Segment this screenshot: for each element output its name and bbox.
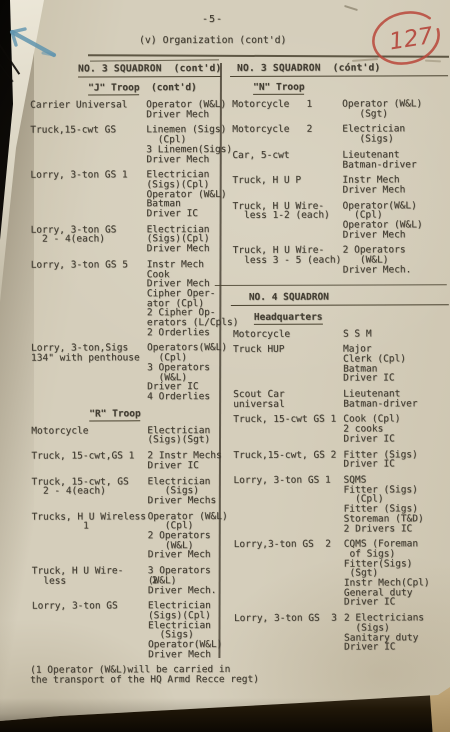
vehicle-name: Lorry, 3-ton GS 5 <box>31 260 147 270</box>
pencil-smudge <box>344 5 358 11</box>
table-row: Truck,15-cwt, GS 2Fitter (Sigs)Driver IC <box>231 450 449 470</box>
personnel-line: (Sigs) <box>342 134 448 144</box>
vehicle-cell: Carrier Universal <box>26 100 146 120</box>
table-row: Truck, 15-cwt GS 1Cook (Cpl)2 cooksDrive… <box>231 415 449 445</box>
vehicle-name: Lorry, 3-ton GS 1 <box>30 170 146 180</box>
vehicle-name: Motorcycle <box>233 329 343 339</box>
vehicle-cell: Truck, H U Wire- less 1-2 (each) <box>230 201 342 240</box>
table-row: Lorry,3-ton GS 2CQMS (Foreman of Sigs)Fi… <box>232 539 450 608</box>
vehicle-name: Car, 5-cwt <box>232 150 342 160</box>
personnel-line: Driver IC <box>147 461 221 471</box>
personnel-cell: Operators(W&L) (Cpl)3 Operators (W&L)Dri… <box>147 343 221 401</box>
personnel-line: 4 Orderlies <box>147 392 221 402</box>
personnel-cell: Electrician(Sigs)(Cpl)Operator (W&L)Batm… <box>146 170 220 219</box>
table-row: Truck, H U Wire- less 1-2 (each)Operator… <box>230 201 448 241</box>
personnel-line: Driver Mech <box>148 650 222 660</box>
vehicle-cell: Scout Caruniversal <box>231 390 343 410</box>
table-row: Trucks, H U Wireless 1Operator (W&L) (Cp… <box>28 512 222 561</box>
personnel-line: Driver IC <box>343 434 449 444</box>
table-row: Scout CaruniversalLieutenantBatman-drive… <box>231 389 449 409</box>
personnel-cell: 2 Operators (W&L)Driver Mech. <box>343 246 449 275</box>
personnel-cell: Cook (Cpl)2 cooksDriver IC <box>343 415 449 444</box>
personnel-line: Driver Mech <box>146 110 220 120</box>
personnel-line: (Sgt) <box>342 109 448 119</box>
personnel-line: Driver IC <box>147 209 221 219</box>
vehicle-cell: Car, 5-cwt <box>230 150 342 170</box>
personnel-cell: Electrician (Sigs) <box>342 125 448 145</box>
personnel-line: Driver IC <box>344 642 450 652</box>
column-0: NO. 3 SQUADRON (cont'd)"J" Troop (cont'd… <box>26 63 222 686</box>
personnel-line: Driver Mechs <box>148 496 222 506</box>
table-row: Lorry, 3-ton GS 1Electrician(Sigs)(Cpl)O… <box>26 170 220 219</box>
troop-subheader: "R" Troop <box>89 408 141 419</box>
troop-name: "N" Troop <box>253 82 305 95</box>
vehicle-name: Truck, 15-cwt GS 1 <box>233 415 343 425</box>
personnel-cell: Operator (W&L) (Sgt) <box>342 99 448 119</box>
page-title: (v) Organization (cont'd) <box>139 35 286 46</box>
vehicle-name: Truck,15-cwt, GS 2 <box>233 450 343 460</box>
troop-subheader: "J" Troop (cont'd) <box>88 82 197 93</box>
vehicle-cell: Lorry, 3-ton GS 1 <box>26 170 146 219</box>
vehicle-name: Truck,15-cwt GS <box>30 126 146 136</box>
table-row: Carrier UniversalOperator (W&L)Driver Me… <box>26 100 220 120</box>
personnel-cell: Fitter (Sigs)Driver IC <box>343 450 449 470</box>
vehicle-cell: Motorcycle <box>27 426 147 446</box>
vehicle-name: less 1-2 (each) <box>233 211 343 221</box>
vehicle-cell: Lorry,3-ton GS 2 <box>232 540 344 608</box>
vehicle-cell: Truck, 15-cwt, GS 2 - 4(each) <box>27 477 147 507</box>
personnel-line: Driver Mech <box>146 155 220 165</box>
vehicle-name: less 3 - 5 (each) <box>233 256 343 266</box>
vehicle-name: Motorcycle <box>31 426 147 436</box>
personnel-line: S S M <box>343 329 449 339</box>
footnote: (1 Operator (W&L)will be carried inthe t… <box>30 665 222 685</box>
table-row: Truck HUPMajorClerk (Cpl)BatmanDriver IC <box>231 344 449 384</box>
table-row: Motorcycle 2Electrician (Sigs) <box>230 125 448 145</box>
footnote-line: the transport of the HQ Armd Recce regt) <box>30 675 222 685</box>
troop-subheader: "N" Troop <box>253 82 305 93</box>
personnel-line: Driver Mech. <box>343 265 449 275</box>
vehicle-name: 2 - 4(each) <box>31 486 147 496</box>
troop-name: Headquarters <box>254 311 323 324</box>
vehicle-name: Truck HUP <box>233 345 343 355</box>
personnel-cell: S S M <box>343 329 449 339</box>
squadron-header: NO. 3 SQUADRON (cont'd) <box>78 63 221 78</box>
vehicle-cell: Motorcycle <box>231 329 343 339</box>
personnel-line: Batman-driver <box>342 160 448 170</box>
personnel-line: Driver Mech <box>148 550 222 560</box>
squadron-header: NO. 4 SQUADRON <box>231 291 449 306</box>
vehicle-name: Lorry,3-ton GS 2 <box>234 540 344 550</box>
personnel-line: Driver Mech <box>343 230 449 240</box>
table-row: Truck, 15-cwt, GS 2 - 4(each)Electrician… <box>27 477 221 507</box>
personnel-line: Driver Mech <box>342 185 448 195</box>
personnel-cell: CQMS (Foreman of Sigs)Fitter(Sigs) (Sgt)… <box>344 539 450 607</box>
vehicle-cell: Truck, 15-cwt,GS 1 <box>27 451 147 471</box>
personnel-cell: 2 Electricians (Sigs)Sanitary dutyDriver… <box>344 613 450 652</box>
troop-subheader-suffix: (cont'd) <box>140 82 197 93</box>
personnel-line: Driver IC <box>344 598 450 608</box>
troop-name: "R" Troop <box>89 408 141 421</box>
personnel-cell: 3 Operators(W&L)Driver Mech. <box>148 566 222 595</box>
vehicle-name: 2 - 4(each) <box>31 235 147 245</box>
personnel-cell: Operator (W&L)Driver Mech <box>146 100 220 120</box>
troop-subheader: Headquarters <box>254 311 323 322</box>
vehicle-cell: Truck HUP <box>231 345 343 384</box>
vehicle-name: 134" with penthouse <box>31 353 147 363</box>
vehicle-cell: Truck, H U Wire- less 3 - 5 (each) <box>231 246 343 276</box>
table-row: Motorcycle 1Operator (W&L) (Sgt) <box>230 99 448 119</box>
personnel-cell: Instr MechDriver Mech <box>342 175 448 195</box>
table-row: Lorry, 3-ton GS 2 - 4(each)Electrician(S… <box>27 225 221 255</box>
personnel-cell: Operator (W&L) (Cpl)2 Operators (W&L)Dri… <box>148 512 222 561</box>
vehicle-name: 1 <box>32 522 148 532</box>
vehicle-cell: Trucks, H U Wireless 1 <box>28 512 148 561</box>
vehicle-name: Truck, 15-cwt,GS 1 <box>31 451 147 461</box>
personnel-cell: Electrician (Sigs)Driver Mechs <box>147 477 221 506</box>
vehicle-name: Lorry, 3-ton GS 3 <box>234 614 344 624</box>
document-page: -5- (v) Organization (cont'd) NO. 3 SQUA… <box>0 0 450 732</box>
vehicle-cell: Truck, H U P <box>230 176 342 196</box>
table-row: MotorcycleElectrician(Sigs)(Sgt) <box>27 426 221 446</box>
personnel-cell: SQMSFitter (Sigs) (Cpl)Fitter (Sigs)Stor… <box>343 475 449 534</box>
table-row: Lorry, 3-ton GS 1SQMSFitter (Sigs) (Cpl)… <box>231 475 449 534</box>
vehicle-cell: Lorry, 3-ton GS 3 <box>232 614 344 653</box>
section-rule <box>215 284 447 286</box>
vehicle-name: less 2 <box>32 576 148 586</box>
table-row: Truck, H U PInstr MechDriver Mech <box>230 175 448 195</box>
vehicle-name: Lorry, 3-ton GS 1 <box>233 476 343 486</box>
vehicle-name: Motorcycle 1 <box>232 100 342 110</box>
troop-name: "J" Troop <box>88 82 140 95</box>
personnel-cell: Electrician(Sigs)(Sgt) <box>147 426 221 446</box>
table-row: Truck, H U Wire- less 23 Operators(W&L)D… <box>28 566 222 596</box>
blue-pen-arrow-icon <box>2 20 74 68</box>
stamp-number: 127 <box>387 23 435 56</box>
personnel-cell: Linemen (Sigs) (Cpl)3 Linemen(Sigs)Drive… <box>146 125 220 164</box>
personnel-cell: Operator(W&L) (Cpl)Operator (W&L)Driver … <box>342 201 448 240</box>
personnel-line: Driver Mech. <box>148 586 222 596</box>
vehicle-cell: Lorry, 3-ton,Sigs134" with penthouse <box>27 344 147 403</box>
vehicle-cell: Lorry, 3-ton GS 2 - 4(each) <box>27 225 147 255</box>
table-row: Car, 5-cwtLieutenantBatman-driver <box>230 150 448 170</box>
column-1: NO. 3 SQUADRON (cónt'd)"N" TroopMotorcyc… <box>230 62 450 659</box>
personnel-cell: MajorClerk (Cpl)BatmanDriver IC <box>343 344 449 383</box>
personnel-cell: Electrician(Sigs)(Cpl)Electrician (Sigs)… <box>148 601 222 659</box>
vehicle-name: Motorcycle 2 <box>232 125 342 135</box>
vehicle-cell: Lorry, 3-ton GS 5 <box>27 260 147 338</box>
vehicle-cell: Lorry, 3-ton GS <box>28 602 148 661</box>
personnel-line: 2 Drivers IC <box>344 524 450 534</box>
page-number: -5- <box>202 14 223 25</box>
table-row: Truck, 15-cwt,GS 12 Instr MechsDriver IC <box>27 451 221 471</box>
vehicle-cell: Motorcycle 2 <box>230 125 342 145</box>
personnel-line: (Sigs)(Sgt) <box>147 435 221 445</box>
vehicle-name: Truck, H U P <box>232 176 342 186</box>
table-row: MotorcycleS S M <box>231 329 449 339</box>
vehicle-cell: Truck, 15-cwt GS 1 <box>231 415 343 445</box>
table-row: Truck, H U Wire- less 3 - 5 (each)2 Oper… <box>231 246 449 276</box>
vehicle-cell: Truck, H U Wire- less 2 <box>28 566 148 596</box>
personnel-line: Batman-driver <box>343 399 449 409</box>
personnel-cell: LieutenantBatman-driver <box>343 389 449 409</box>
document-photo: -5- (v) Organization (cont'd) NO. 3 SQUA… <box>0 0 450 732</box>
table-row: Lorry, 3-ton GSElectrician(Sigs)(Cpl)Ele… <box>28 601 222 660</box>
vehicle-cell: Truck,15-cwt, GS 2 <box>231 450 343 470</box>
table-row: Lorry, 3-ton GS 32 Electricians (Sigs)Sa… <box>232 613 450 653</box>
personnel-cell: Instr MechCookDriver MechCipher Oper-ato… <box>147 260 221 338</box>
personnel-line: Driver Mech <box>147 244 221 254</box>
vehicle-name: Lorry, 3-ton GS <box>32 602 148 612</box>
vehicle-name: Carrier Universal <box>30 100 146 110</box>
personnel-line: Driver IC <box>343 460 449 470</box>
personnel-cell: 2 Instr MechsDriver IC <box>147 451 221 471</box>
personnel-cell: LieutenantBatman-driver <box>342 150 448 170</box>
vehicle-cell: Lorry, 3-ton GS 1 <box>231 476 343 535</box>
vehicle-name: universal <box>233 399 343 409</box>
personnel-line: Driver IC <box>343 374 449 384</box>
top-rule-secondary <box>90 59 219 62</box>
table-row: Lorry, 3-ton,Sigs134" with penthouseOper… <box>27 343 221 402</box>
personnel-cell: Electrician(Sigs)(Cpl)Driver Mech <box>147 225 221 254</box>
red-stamp-circle: 127 <box>362 2 450 72</box>
vehicle-cell: Truck,15-cwt GS <box>26 126 146 165</box>
table-row: Truck,15-cwt GSLinemen (Sigs) (Cpl)3 Lin… <box>26 125 220 164</box>
table-row: Lorry, 3-ton GS 5Instr MechCookDriver Me… <box>27 260 221 338</box>
personnel-line: 2 Orderlies <box>147 328 221 338</box>
vehicle-cell: Motorcycle 1 <box>230 100 342 120</box>
